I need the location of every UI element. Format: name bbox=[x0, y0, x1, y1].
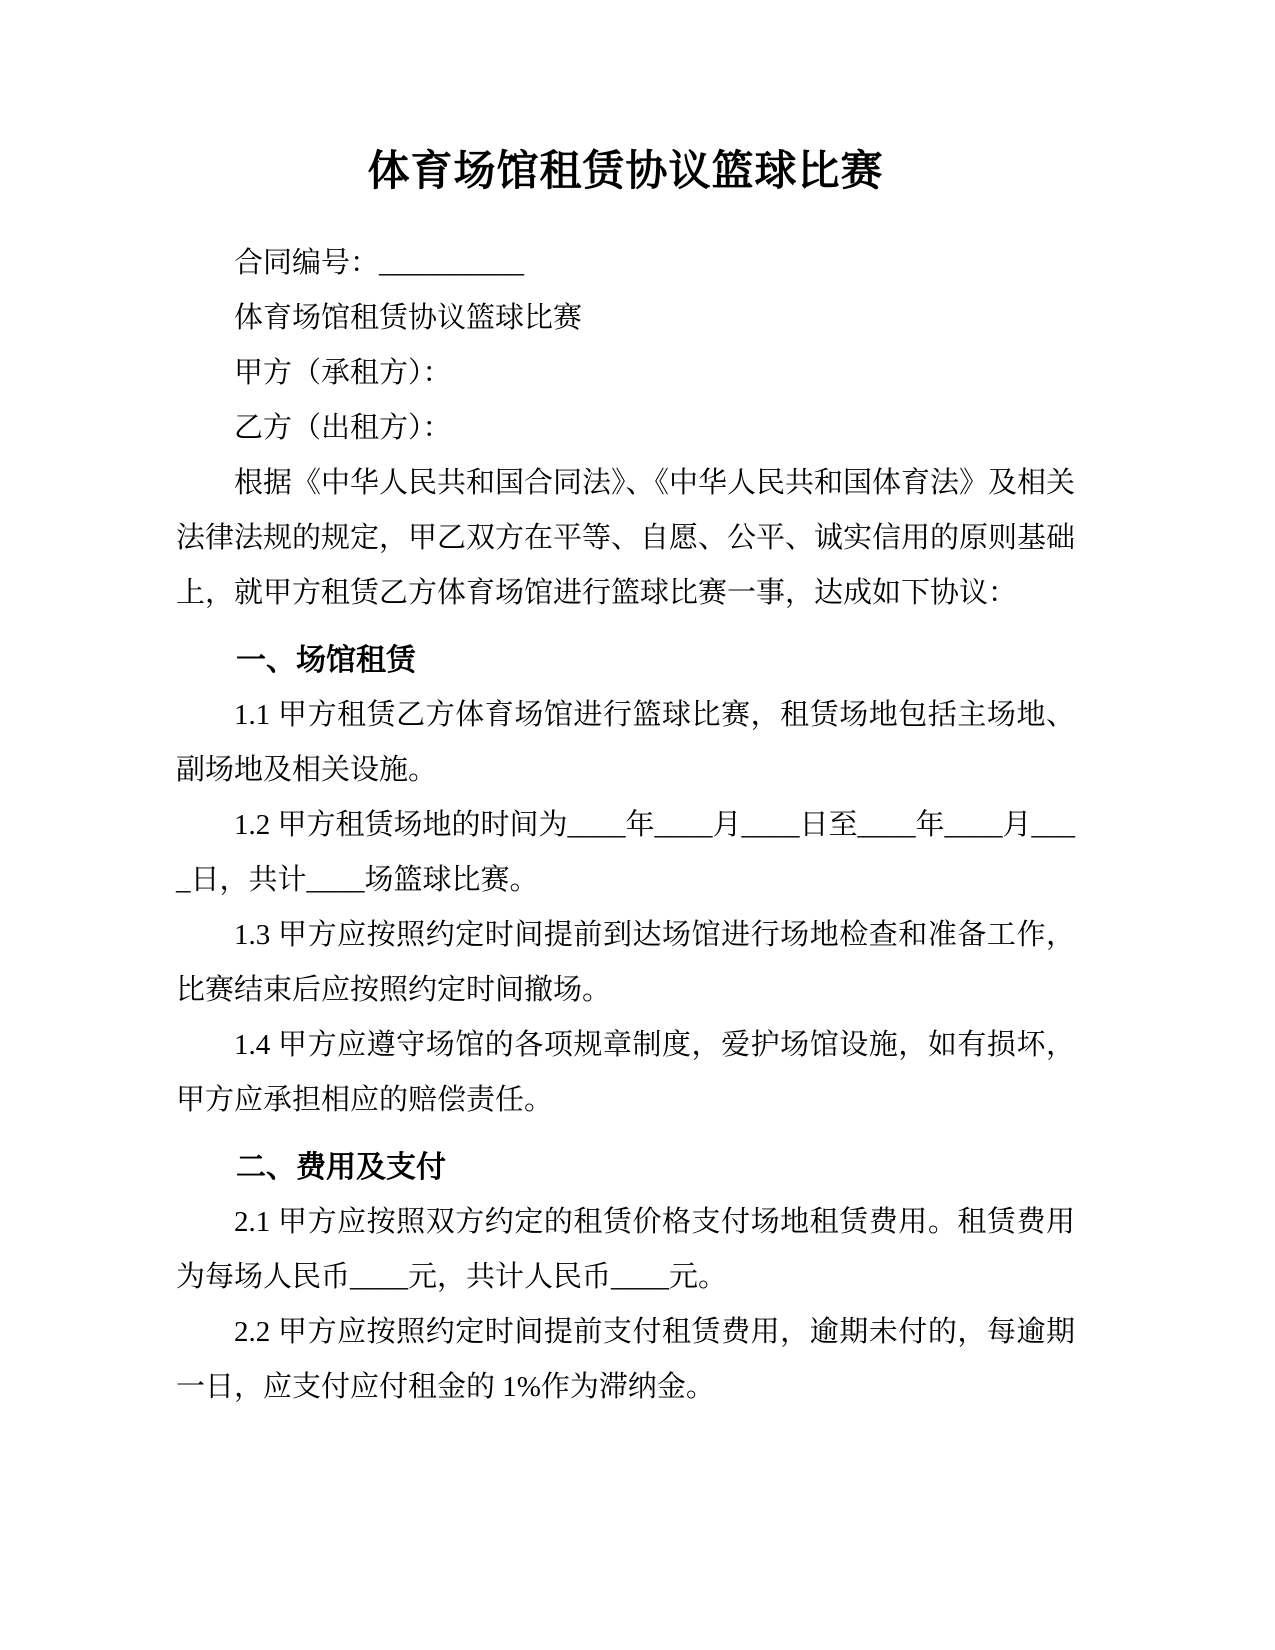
paragraph: 1.2 甲方租赁场地的时间为____年____月____日至____年____月… bbox=[176, 798, 1075, 908]
document-page: 体育场馆租赁协议篮球比赛 合同编号：__________体育场馆租赁协议篮球比赛… bbox=[0, 0, 1275, 1650]
contract-document: 体育场馆租赁协议篮球比赛 合同编号：__________体育场馆租赁协议篮球比赛… bbox=[0, 0, 1275, 1415]
section-heading: 一、场馆租赁 bbox=[176, 633, 1075, 688]
paragraph: 1.4 甲方应遵守场馆的各项规章制度，爱护场馆设施，如有损坏，甲方应承担相应的赔… bbox=[176, 1018, 1075, 1128]
paragraph: 根据《中华人民共和国合同法》、《中华人民共和国体育法》及相关法律法规的规定，甲乙… bbox=[176, 456, 1075, 621]
paragraph: 1.1 甲方租赁乙方体育场馆进行篮球比赛，租赁场地包括主场地、副场地及相关设施。 bbox=[176, 688, 1075, 798]
paragraph: 2.1 甲方应按照双方约定的租赁价格支付场地租赁费用。租赁费用为每场人民币___… bbox=[176, 1195, 1075, 1305]
document-body: 合同编号：__________体育场馆租赁协议篮球比赛甲方（承租方）：乙方（出租… bbox=[176, 236, 1075, 1415]
paragraph: 2.2 甲方应按照约定时间提前支付租赁费用，逾期未付的，每逾期一日，应支付应付租… bbox=[176, 1305, 1075, 1415]
paragraph: 合同编号：__________ bbox=[176, 236, 1075, 291]
document-title: 体育场馆租赁协议篮球比赛 bbox=[176, 140, 1075, 204]
paragraph: 乙方（出租方）： bbox=[176, 401, 1075, 456]
paragraph: 甲方（承租方）： bbox=[176, 346, 1075, 401]
paragraph: 1.3 甲方应按照约定时间提前到达场馆进行场地检查和准备工作，比赛结束后应按照约… bbox=[176, 908, 1075, 1018]
paragraph: 体育场馆租赁协议篮球比赛 bbox=[176, 291, 1075, 346]
section-heading: 二、费用及支付 bbox=[176, 1140, 1075, 1195]
